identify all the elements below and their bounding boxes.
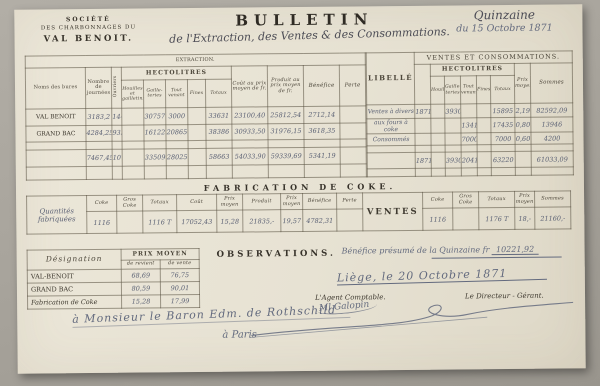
cell-tout-venant: 20415 [461, 152, 477, 168]
cell-designation: VAL-BENOIT [27, 269, 121, 283]
vcell-totaux: 1176 T [479, 207, 515, 229]
cell-prix: 0,80 [515, 117, 531, 132]
col-totaux: Totaux [143, 195, 177, 211]
cell-prix: 2,19 [515, 103, 531, 117]
cell-tout-venant: 13415 [461, 118, 477, 133]
cell-libelle: aux fours à coke [367, 118, 415, 133]
cell-annee [415, 133, 431, 145]
sub-gailleteries: Gaille- teries [143, 79, 165, 108]
cell-hg [122, 108, 144, 125]
cell-gailleteries: 30757 [144, 108, 166, 125]
period-label: Quinzaine [434, 7, 574, 22]
extraction-row-filler [26, 164, 366, 181]
col-de-revient: de revient [121, 260, 160, 269]
fabrication-label: Quantités fabriquées [27, 196, 87, 235]
col-perte: Perte [339, 65, 365, 106]
cell-sommes: 61033,09 [531, 151, 573, 167]
cell-nom: GRAND BAC [26, 125, 86, 142]
sub-houilles: Houilles [430, 76, 444, 104]
cell-ouvriers: 144 [112, 108, 122, 124]
prix-moyen-table: Désignation PRIX MOYEN de revient de ven… [27, 248, 201, 310]
cell-libelle: Consommés [367, 133, 415, 145]
company-line3: VAL BENOIT. [25, 33, 153, 44]
company-line1: SOCIÉTÉ [24, 15, 152, 23]
cell-gros-coke [117, 211, 143, 233]
sub-fines: Fines [187, 79, 205, 108]
extraction-table: EXTRACTION. Noms des bures Nombre de jou… [25, 52, 367, 180]
col-de-vente: de vente [160, 259, 199, 268]
cell-cout: 17052,43 [177, 210, 217, 232]
cell-perte [340, 123, 366, 140]
cell-cout: 23100,40 [232, 107, 268, 124]
cell-tout-venant: 3000 [166, 108, 188, 125]
cell-fines [188, 149, 206, 166]
cell-totaux: 58663 [206, 148, 232, 165]
ventes-row-total: 1871 39303 20415 63220 61033,09 [367, 151, 573, 169]
main-tables: EXTRACTION. Noms des bures Nombre de jou… [25, 50, 572, 180]
col-gros-coke: Gros Coke [117, 195, 143, 211]
col-prix-moyen-2: Prix moyen [281, 193, 303, 209]
cell-fines [477, 152, 491, 168]
cell-cout: 30933,50 [232, 123, 268, 140]
cell-hg [122, 125, 144, 142]
col-prix-moyen: Prix moyen [514, 63, 530, 103]
cell-tout-venant: 20865 [166, 124, 188, 141]
cell-gailleteries: 33509 [144, 149, 166, 166]
cell-journees: 4284,25 [86, 125, 112, 142]
cell-produit: 25812,54 [268, 107, 304, 124]
cell-totaux: 63220 [491, 151, 515, 167]
cell-sommes: 4200 [531, 132, 573, 144]
document-sheet: SOCIÉTÉ DES CHARBONNAGES DU VAL BENOIT. … [14, 4, 585, 373]
cell-totaux: 38386 [206, 124, 232, 141]
sub-gailleteries: Gaille- teries [444, 76, 460, 104]
cell-prix: 0,60 [515, 132, 531, 144]
cell-fines [188, 124, 206, 141]
col-coke: Coke [87, 195, 117, 211]
col-ouvriers-label: Ouvriers [114, 76, 119, 97]
vcol-coke: Coke [423, 192, 453, 208]
vcol-totaux: Totaux [479, 191, 515, 207]
cell-fines [477, 133, 491, 145]
cell-coke: 1116 [87, 211, 117, 233]
cell-journees: 7467,45 [86, 150, 112, 167]
vcell-sommes: 21160,- [535, 207, 571, 229]
company-block: SOCIÉTÉ DES CHARBONNAGES DU VAL BENOIT. [24, 15, 152, 44]
vcell-prix-moyen: 18,- [515, 207, 535, 229]
cell-revient: 80,59 [121, 282, 160, 295]
ventes-hectolitres-group: HECTOLITRES [430, 63, 514, 76]
cell-nom: VAL BENOIT [26, 109, 86, 126]
cell-revient: 15,28 [122, 295, 161, 308]
benefice-presume-text: Bénéfice présumé de la Quinzaine fr [342, 245, 490, 255]
sub-fines: Fines [476, 76, 490, 104]
ventes-coke-label: VENTES [363, 192, 423, 231]
sub-houilles-gailletins: Houilles et gailletins [121, 80, 143, 109]
cell-tout-venant: 7000 [461, 133, 477, 145]
cell-tout-venant: 28025 [166, 149, 188, 166]
cell-annee: 1871 [415, 104, 431, 118]
cell-houilles [431, 152, 445, 168]
cell-fines [477, 118, 491, 133]
cell-houilles [431, 133, 445, 145]
col-benefice: Bénéfice [303, 65, 339, 106]
cell-gailleteries: 39303 [445, 152, 461, 168]
vcell-gros-coke [453, 208, 479, 230]
cell-annee [415, 118, 431, 133]
col-benefice: Bénéfice [303, 193, 337, 209]
cell-totaux: 33631 [206, 107, 232, 124]
cell-ouvriers: 1077 [112, 149, 122, 165]
col-perte: Perte [337, 193, 363, 209]
cell-vente: 76,75 [160, 268, 199, 281]
cell-vente: 17,99 [161, 294, 200, 307]
cell-produit: 59339,69 [268, 148, 304, 165]
col-annee [414, 64, 430, 104]
designation-header: Désignation [27, 249, 121, 270]
cell-produit: 21835,- [243, 210, 281, 232]
fabrication-data-row: 1116 1116 T 17052,43 15,28 21835,- 19,57… [27, 207, 571, 234]
cell-perte [337, 209, 363, 231]
cell-produit: 31976,15 [268, 123, 304, 140]
cell-perte [340, 106, 366, 123]
sub-tout-venant: Tout venant [165, 79, 187, 108]
cell-prix [515, 151, 531, 167]
observations-label: OBSERVATIONS. [217, 249, 336, 260]
cell-ouvriers: 933 [112, 125, 122, 141]
cell-designation: GRAND BAC [27, 282, 121, 296]
cell-perte [340, 147, 366, 164]
address-line2: à Paris [222, 329, 257, 340]
cell-cout: 54033,90 [232, 148, 268, 165]
ventes-table: LIBELLÉ VENTES ET CONSOMMATIONS. HECTOLI… [366, 50, 574, 177]
cell-tout-venant [461, 104, 477, 118]
col-produit: Produit au prix moyen de fr. [267, 66, 303, 107]
extraction-hectolitres-group: HECTOLITRES [121, 66, 231, 79]
cell-totaux: 17435 [491, 117, 515, 132]
cell-totaux: 1116 T [143, 211, 177, 233]
col-journees: Nombre de journées [85, 68, 111, 109]
benefice-presume-line: Bénéfice présumé de la Quinzaine fr 1022… [342, 244, 577, 255]
cell-vente: 90,01 [160, 281, 199, 294]
col-cout: Coût au prix moyen de fr. [231, 66, 267, 107]
col-cout: Coût [177, 194, 217, 210]
cell-gailleteries: 16122 [144, 124, 166, 141]
fabrication-table: Quantités fabriquées Coke Gros Coke Tota… [26, 190, 571, 234]
libelle-header: LIBELLÉ [366, 52, 414, 104]
company-line2: DES CHARBONNAGES DU [24, 24, 152, 31]
col-ouvriers: Ouvriers [111, 68, 121, 109]
cell-fines [477, 104, 491, 118]
benefice-underline [432, 256, 562, 258]
benefice-presume-value: 10221,92 [492, 245, 538, 255]
cell-gailleteries [445, 133, 461, 145]
vcol-gros-coke: Gros Coke [453, 192, 479, 208]
vcell-coke: 1116 [423, 208, 453, 230]
period-block: Quinzaine du 15 Octobre 1871 [434, 7, 574, 34]
ventes-row-filler [367, 167, 573, 177]
sub-totaux: Totaux [205, 79, 231, 108]
vcol-prix-moyen: Prix moyen [515, 191, 535, 207]
cell-revient: 68,69 [121, 269, 160, 282]
col-noms-des-bures: Noms des bures [25, 68, 85, 110]
col-produit: Produit [243, 194, 281, 210]
cell-designation: Fabrication de Coke [28, 295, 122, 309]
sub-totaux: Totaux [490, 75, 514, 103]
cell-totaux: 15895 [491, 103, 515, 117]
prix-moyen-header: PRIX MOYEN [121, 248, 199, 260]
cell-houilles [431, 104, 445, 118]
prix-row-fabrication-coke: Fabrication de Coke 15,28 17,99 [28, 294, 200, 309]
cell-totaux: 7000 [491, 132, 515, 144]
cell-libelle [367, 152, 415, 168]
cell-hg [122, 149, 144, 166]
cell-prix-moyen-2: 19,57 [281, 209, 303, 231]
col-prix-moyen-1: Prix moyen [217, 194, 243, 210]
cell-houilles [431, 118, 445, 133]
cell-sommes: 13946 [531, 117, 573, 132]
cell-gailleteries [445, 118, 461, 133]
cell-journees: 3183,2 [86, 109, 112, 126]
period-value: du 15 Octobre 1871 [434, 22, 574, 34]
cell-benefice: 3618,35 [304, 123, 340, 140]
place-date-line: Liège, le 20 Octobre 1871 [337, 266, 547, 286]
sub-tout-venant: Tout venant [460, 76, 476, 104]
cell-benefice: 4782,31 [303, 209, 337, 231]
cell-prix-moyen-1: 15,28 [217, 210, 243, 232]
cell-benefice: 5341,19 [304, 147, 340, 164]
cell-gailleteries: 39303 [445, 104, 461, 118]
cell-sommes: 82592,09 [531, 103, 573, 117]
cell-nom [26, 150, 86, 167]
cell-annee: 1871 [415, 152, 431, 168]
col-sommes: Sommes [530, 63, 572, 103]
vcol-sommes: Sommes [535, 191, 571, 207]
cell-fines [188, 108, 206, 125]
cell-benefice: 2712,14 [304, 106, 340, 123]
cell-libelle: Ventes à divers [367, 104, 415, 118]
